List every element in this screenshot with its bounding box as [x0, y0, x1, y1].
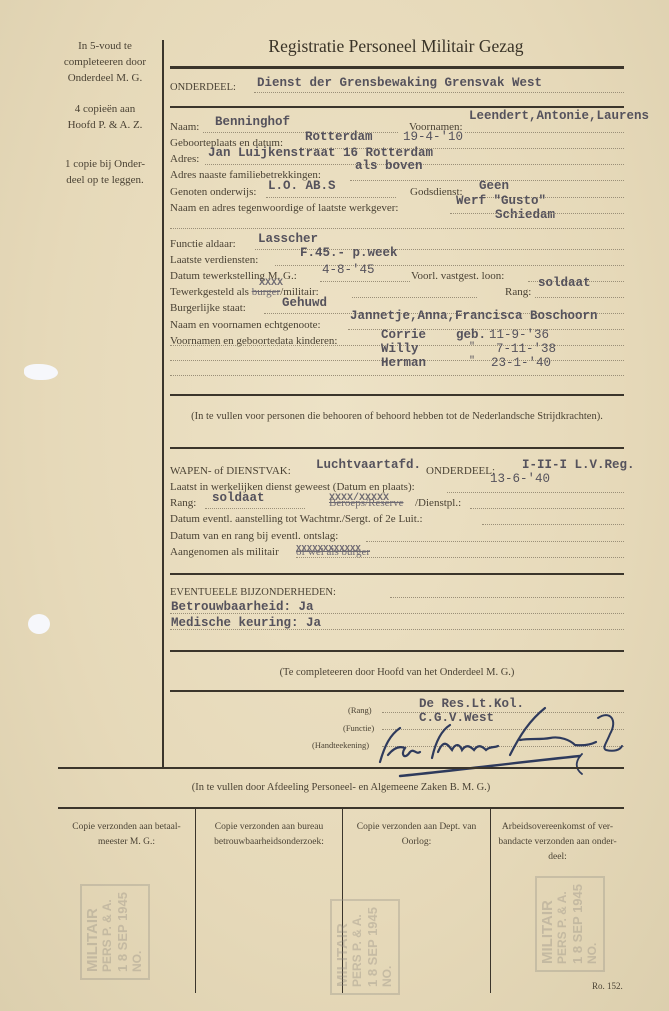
voornamen-value: Leendert,Antonie,Laurens — [469, 109, 649, 123]
stamp-line: PERS P. & A. — [555, 884, 570, 964]
military-rang-line — [205, 508, 305, 509]
kind-datum: 23-1-'40 — [491, 356, 551, 370]
bijzonderheden-label: EVENTUEELE BIJZONDERHEDEN: — [170, 587, 336, 598]
werkgever-line — [450, 213, 624, 214]
stamp-line: PERS P. & A. — [350, 907, 365, 987]
adres-value: Jan Luijkenstraat 16 Rotterdam — [208, 146, 433, 160]
geboortedatum-value: 19-4-'10 — [403, 130, 463, 144]
kind-prefix: " — [469, 356, 475, 367]
ontslag-label: Datum van en rang bij eventl. ontslag: — [170, 530, 338, 542]
form-left-border — [162, 40, 164, 768]
bijzonderheden-line — [390, 597, 624, 598]
staat-label: Burgerlijke staat: — [170, 302, 246, 314]
geboorteplaats-value: Rotterdam — [305, 130, 373, 144]
aanstelling-line — [482, 524, 624, 525]
military-section-rule — [170, 573, 624, 575]
afdeeling-rule — [58, 807, 624, 809]
rang-line — [535, 297, 624, 298]
kind-naam: Herman — [381, 356, 426, 370]
column-text-line: meester M. G.: — [58, 835, 195, 850]
werkgever-value-line1: Werf "Gusto" — [456, 194, 546, 208]
column-text-line: Arbeidsovereenkomst of ver- — [491, 820, 624, 835]
military-onderdeel-label: ONDERDEEL: — [426, 465, 495, 477]
column-text-line: Copie verzonden aan betaal- — [58, 820, 195, 835]
bijzonderheden-line-1-rule — [170, 613, 624, 614]
onderwijs-label: Genoten onderwijs: — [170, 186, 256, 198]
voornamen-line — [465, 132, 624, 133]
military-rang-value: soldaat — [212, 491, 265, 505]
margin-note-line: Hoofd P. & A. Z. — [30, 117, 180, 133]
document-title: Registratie Personeel Militair Gezag — [170, 36, 622, 57]
tewerkgesteld-line — [352, 297, 477, 298]
handteekening-label: (Handteekening) — [312, 740, 369, 750]
column-text-line: deel: — [491, 850, 624, 865]
tewerkstelling-value: 4-8-'45 — [322, 263, 375, 277]
werkgever-label: Naam en adres tegenwoordige of laatste w… — [170, 202, 398, 214]
column-dept-oorlog: Copie verzonden aan Dept. van Oorlog: — [343, 820, 490, 850]
received-stamp: MILITAIR PERS P. & A. 1 8 SEP 1945 NO. — [535, 876, 605, 972]
margin-note-line: 4 copieën aan — [30, 101, 180, 117]
margin-note-line: In 5-voud te — [30, 38, 180, 54]
kinderen-line-3 — [170, 375, 624, 376]
hoofd-section-rule — [58, 767, 624, 769]
laatst-label: Laatst in werkelijken dienst geweest (Da… — [170, 481, 415, 493]
functie-label: Functie aldaar: — [170, 238, 236, 250]
bijzonderheden-line-1: Betrouwbaarheid: Ja — [171, 600, 314, 614]
stamp-line: MILITAIR — [335, 907, 350, 987]
beroeps-overtype: XXXX/XXXXX — [329, 493, 389, 504]
aanstelling-label: Datum eventl. aanstelling tot Wachtmr./S… — [170, 513, 423, 525]
kind-prefix: " — [469, 342, 475, 353]
onderdeel-label: ONDERDEEL: — [170, 82, 236, 93]
functie-value: Lasscher — [258, 232, 318, 246]
kind-naam: Willy — [381, 342, 419, 356]
laatst-line — [447, 492, 624, 493]
margin-note-line: Onderdeel M. G. — [30, 70, 180, 86]
column-bureau: Copie verzonden aan bureau betrouwbaarhe… — [196, 820, 342, 850]
stamp-line: NO. — [380, 907, 395, 987]
dienstpl-label: /Dienstpl.: — [415, 497, 461, 509]
verdiensten-value: F.45.- p.week — [300, 246, 398, 260]
punch-hole-top — [24, 364, 58, 380]
naam-value: Benninghof — [215, 115, 290, 129]
wapen-label: WAPEN- of DIENSTVAK: — [170, 465, 291, 477]
tewerkgesteld-label-pre: Tewerkgesteld als — [170, 286, 252, 298]
bijzonderheden-line-2-rule — [170, 629, 624, 630]
werkgever-line-2 — [170, 228, 624, 229]
hoofd-note-rule — [170, 690, 624, 692]
kind-prefix: geb. — [456, 328, 486, 342]
margin-note-line: 1 copie bij Onder- — [30, 156, 180, 172]
column-betaalmeester: Copie verzonden aan betaal- meester M. G… — [58, 820, 195, 850]
familie-value: als boven — [355, 159, 423, 173]
rang-value: soldaat — [538, 276, 591, 290]
bijzonderheden-rule — [170, 650, 624, 652]
received-stamp: MILITAIR PERS P. & A. 1 8 SEP 1945 NO. — [330, 899, 400, 995]
ontslag-line — [366, 541, 624, 542]
margin-note-line: completeeren door — [30, 54, 180, 70]
tewerkstelling-line — [320, 281, 410, 282]
stamp-line: PERS P. & A. — [100, 892, 115, 972]
margin-note-line: deel op te leggen. — [30, 172, 180, 188]
stamp-line: MILITAIR — [540, 884, 555, 964]
margin-note-hoofd: 4 copieën aan Hoofd P. & A. Z. — [30, 101, 180, 133]
column-text-line: bandacte verzonden aan onder- — [491, 835, 624, 850]
staat-value: Gehuwd — [282, 296, 327, 310]
kind-datum: 7-11-'38 — [496, 342, 556, 356]
wapen-value: Luchtvaartafd. — [316, 458, 421, 472]
bijzonderheden-line-2: Medische keuring: Ja — [171, 616, 321, 630]
stamp-line: MILITAIR — [85, 892, 100, 972]
godsdienst-label: Godsdienst: — [410, 186, 463, 198]
column-arbeidsovereenkomst: Arbeidsovereenkomst of ver- bandacte ver… — [491, 820, 624, 865]
godsdienst-value: Geen — [479, 179, 509, 193]
verdiensten-label: Laatste verdiensten: — [170, 254, 258, 266]
column-text-line: Copie verzonden aan bureau — [196, 820, 342, 835]
laatst-value: 13-6-'40 — [490, 472, 550, 486]
stamp-line: 1 8 SEP 1945 — [570, 884, 585, 964]
stamp-line: 1 8 SEP 1945 — [365, 907, 380, 987]
stamp-line: NO. — [585, 884, 600, 964]
aangenomen-line — [296, 557, 624, 558]
column-text-line: Oorlog: — [343, 835, 490, 850]
onderwijs-value: L.O. AB.S — [268, 179, 336, 193]
echtgenoote-label: Naam en voornamen echtgenoote: — [170, 319, 321, 331]
kind-datum: 11-9-'36 — [489, 328, 549, 342]
military-onderdeel-value: I-II-I L.V.Reg. — [522, 458, 635, 472]
loon-label: Voorl. vastgest. loon: — [411, 270, 504, 282]
stamp-line: NO. — [130, 892, 145, 972]
personal-section-rule — [170, 394, 624, 396]
kind-naam: Corrie — [381, 328, 426, 342]
hoofd-rang-label: (Rang) — [348, 705, 372, 715]
naam-label: Naam: — [170, 121, 199, 133]
werkgever-value-line2: Schiedam — [495, 208, 555, 222]
dienstpl-line — [470, 508, 624, 509]
echtgenoote-value: Jannetje,Anna,Francisca Boschoorn — [350, 309, 598, 323]
punch-hole-bottom — [28, 614, 50, 634]
received-stamp: MILITAIR PERS P. & A. 1 8 SEP 1945 NO. — [80, 884, 150, 980]
afdeeling-note: (In te vullen door Afdeeling Personeel- … — [58, 782, 624, 793]
onderwijs-line — [266, 197, 396, 198]
onderdeel-value: Dienst der Grensbewaking Grensvak West — [257, 76, 542, 90]
onderdeel-dotted-line — [254, 92, 624, 93]
aangenomen-overtype: XXXXXXXXXXXX — [296, 544, 361, 554]
column-text-line: Copie verzonden aan Dept. van — [343, 820, 490, 835]
document-paper: In 5-voud te completeeren door Onderdeel… — [0, 0, 669, 1011]
onderdeel-rule — [170, 106, 624, 108]
form-number: Ro. 152. — [592, 981, 623, 991]
stamp-line: 1 8 SEP 1945 — [115, 892, 130, 972]
adres-label: Adres: — [170, 153, 199, 165]
column-text-line: betrouwbaarheidsonderzoek: — [196, 835, 342, 850]
aangenomen-label: Aangenomen als militair — [170, 546, 279, 558]
tewerkgesteld-overtype: XXXX — [259, 278, 283, 289]
military-intro-rule — [170, 447, 624, 449]
margin-note-onderdeel: 1 copie bij Onder- deel op te leggen. — [30, 156, 180, 188]
hoofd-note: (Te completeeren door Hoofd van het Onde… — [170, 667, 624, 678]
margin-note-copies: In 5-voud te completeeren door Onderdeel… — [30, 38, 180, 86]
rang-label: Rang: — [505, 286, 531, 298]
title-rule — [170, 66, 624, 69]
military-rang-label: Rang: — [170, 497, 196, 509]
military-intro: (In te vullen voor personen die behooren… — [170, 409, 624, 424]
